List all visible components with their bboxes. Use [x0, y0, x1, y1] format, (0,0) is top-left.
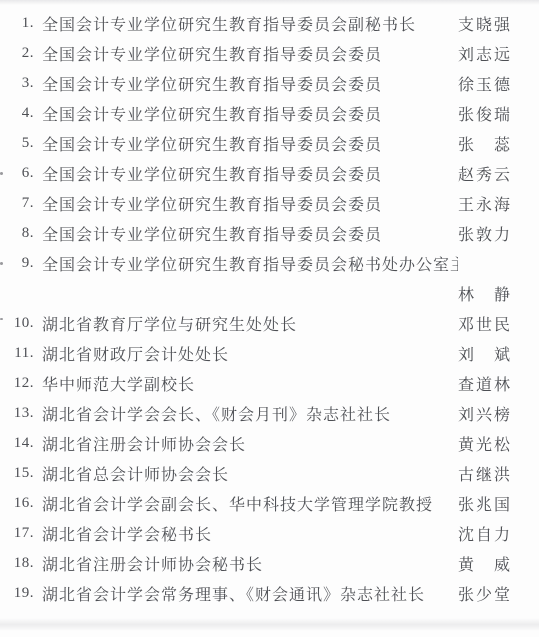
- item-name: 王永海: [458, 192, 514, 215]
- list-item: 14. 湖北省注册会计师协会会长 黄光松: [0, 428, 539, 458]
- item-title: 湖北省会计学会副会长、华中科技大学管理学院教授: [42, 492, 458, 515]
- item-title: 湖北省教育厅学位与研究生处处长: [42, 312, 458, 335]
- item-name: 张敦力: [458, 222, 514, 245]
- item-title: 全国会计专业学位研究生教育指导委员会委员: [42, 162, 458, 185]
- item-name: 张兆国: [458, 492, 514, 515]
- item-title: 湖北省财政厅会计处处长: [42, 342, 458, 365]
- item-number: 6.: [0, 165, 34, 182]
- scan-artifact-bottom: [0, 618, 539, 631]
- item-name: 支晓强: [458, 12, 514, 35]
- item-name: 黄光松: [458, 432, 514, 455]
- item-title: 全国会计专业学位研究生教育指导委员会秘书处办公室主任: [42, 252, 458, 275]
- item-number: 5.: [0, 135, 34, 152]
- list-item: 11. 湖北省财政厅会计处处长 刘 斌: [0, 338, 539, 368]
- list-item: 1. 全国会计专业学位研究生教育指导委员会副秘书长 支晓强: [0, 8, 539, 38]
- member-roster-list: 1. 全国会计专业学位研究生教育指导委员会副秘书长 支晓强 2. 全国会计专业学…: [0, 0, 539, 608]
- list-item: 10. 湖北省教育厅学位与研究生处处长 邓世民: [0, 308, 539, 338]
- list-item: 2. 全国会计专业学位研究生教育指导委员会委员 刘志远: [0, 38, 539, 68]
- item-number: 3.: [0, 75, 34, 92]
- document-page: 1. 全国会计专业学位研究生教育指导委员会副秘书长 支晓强 2. 全国会计专业学…: [0, 0, 539, 637]
- list-item: 8. 全国会计专业学位研究生教育指导委员会委员 张敦力: [0, 218, 539, 248]
- item-name: 徐玉德: [458, 72, 514, 95]
- item-title: 全国会计专业学位研究生教育指导委员会委员: [42, 42, 458, 65]
- item-title: 湖北省会计学会常务理事、《财会通讯》杂志社社长: [42, 582, 458, 605]
- item-title: 全国会计专业学位研究生教育指导委员会委员: [42, 222, 458, 245]
- scan-speck: [0, 172, 3, 175]
- item-name: 张俊瑞: [458, 102, 514, 125]
- list-item: 12. 华中师范大学副校长 查道林: [0, 368, 539, 398]
- item-number: 17.: [0, 525, 34, 542]
- item-title: 湖北省注册会计师协会秘书长: [42, 552, 458, 575]
- item-number: 18.: [0, 555, 34, 572]
- item-number: 13.: [0, 405, 34, 422]
- item-title: 湖北省会计学会秘书长: [42, 522, 458, 545]
- item-title: 湖北省总会计师协会会长: [42, 462, 458, 485]
- list-item: 6. 全国会计专业学位研究生教育指导委员会委员 赵秀云: [0, 158, 539, 188]
- list-item: 9. 全国会计专业学位研究生教育指导委员会秘书处办公室主任: [0, 248, 539, 278]
- list-item: 4. 全国会计专业学位研究生教育指导委员会委员 张俊瑞: [0, 98, 539, 128]
- item-number: 12.: [0, 375, 34, 392]
- item-name: 查道林: [458, 372, 514, 395]
- item-number: 11.: [0, 345, 34, 362]
- item-name: 黄 威: [458, 552, 514, 575]
- list-item: 13. 湖北省会计学会会长、《财会月刊》杂志社社长 刘兴榜: [0, 398, 539, 428]
- item-title: 全国会计专业学位研究生教育指导委员会副秘书长: [42, 12, 458, 35]
- list-item: 18. 湖北省注册会计师协会秘书长 黄 威: [0, 548, 539, 578]
- item-title: 全国会计专业学位研究生教育指导委员会委员: [42, 132, 458, 155]
- item-name: 刘 斌: [458, 342, 514, 365]
- list-item: 5. 全国会计专业学位研究生教育指导委员会委员 张 蕊: [0, 128, 539, 158]
- item-title: 全国会计专业学位研究生教育指导委员会委员: [42, 72, 458, 95]
- item-name: 沈自力: [458, 522, 514, 545]
- item-number: 19.: [0, 585, 34, 602]
- item-number: 4.: [0, 105, 34, 122]
- item-number: 1.: [0, 15, 34, 32]
- scan-speck: [0, 262, 3, 265]
- item-title: 全国会计专业学位研究生教育指导委员会委员: [42, 102, 458, 125]
- item-title: 湖北省注册会计师协会会长: [42, 432, 458, 455]
- item-number: 14.: [0, 435, 34, 452]
- item-title: 全国会计专业学位研究生教育指导委员会委员: [42, 192, 458, 215]
- item-number: 9.: [0, 255, 34, 272]
- item-name: 张 蕊: [458, 132, 514, 155]
- item-number: 2.: [0, 45, 34, 62]
- item-number: 10.: [0, 315, 34, 332]
- item-name: 古继洪: [458, 462, 514, 485]
- item-name: 刘志远: [458, 42, 514, 65]
- list-item: 16. 湖北省会计学会副会长、华中科技大学管理学院教授 张兆国: [0, 488, 539, 518]
- item-number: 16.: [0, 495, 34, 512]
- list-item: 17. 湖北省会计学会秘书长 沈自力: [0, 518, 539, 548]
- scan-speck: [0, 318, 3, 320]
- item-name: 邓世民: [458, 312, 514, 335]
- item-name: 赵秀云: [458, 162, 514, 185]
- list-item: 15. 湖北省总会计师协会会长 古继洪: [0, 458, 539, 488]
- item-name: 刘兴榜: [458, 402, 514, 425]
- item-name: 林 静: [458, 282, 514, 305]
- list-item: 7. 全国会计专业学位研究生教育指导委员会委员 王永海: [0, 188, 539, 218]
- item-title: 华中师范大学副校长: [42, 372, 458, 395]
- item-number: 8.: [0, 225, 34, 242]
- list-item: 3. 全国会计专业学位研究生教育指导委员会委员 徐玉德: [0, 68, 539, 98]
- list-item: 19. 湖北省会计学会常务理事、《财会通讯》杂志社社长 张少堂: [0, 578, 539, 608]
- item-name: 张少堂: [458, 582, 514, 605]
- item-number: 7.: [0, 195, 34, 212]
- item-number: 15.: [0, 465, 34, 482]
- item-title: 湖北省会计学会会长、《财会月刊》杂志社社长: [42, 402, 458, 425]
- list-item: 林 静: [0, 278, 539, 308]
